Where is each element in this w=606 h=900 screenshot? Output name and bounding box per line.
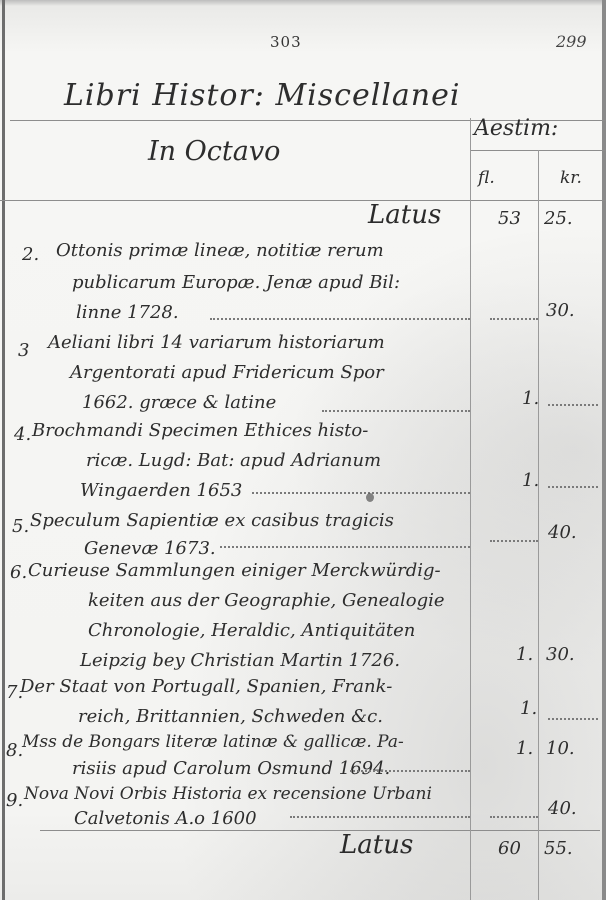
leader-dots xyxy=(210,318,470,320)
entry-line: Wingaerden 1653 xyxy=(80,480,242,501)
entry-line: Mss de Bongars literæ latinæ & gallicæ. … xyxy=(22,732,404,752)
total-rule xyxy=(40,830,600,831)
entry-kreuzer: 30. xyxy=(546,644,575,665)
entry-number: 5. xyxy=(12,516,29,537)
leader-dots xyxy=(548,486,598,488)
entry-line: Curieuse Sammlungen einiger Merckwürdig- xyxy=(28,560,441,581)
leader-dots xyxy=(220,546,470,548)
entry-kreuzer: 40. xyxy=(548,522,577,543)
entry-line: Brochmandi Specimen Ethices histo- xyxy=(32,420,368,441)
valuation-column-header: Aestim: xyxy=(474,116,558,141)
entry-florins: 1. xyxy=(516,644,533,665)
entry-line: reich, Brittannien, Schweden &c. xyxy=(78,706,383,727)
leader-dots xyxy=(490,318,538,320)
entry-kreuzer: 10. xyxy=(546,738,575,759)
entry-line: Ottonis primæ lineæ, notitiæ rerum xyxy=(56,240,384,261)
printed-folio-number: 303 xyxy=(270,33,302,51)
entry-florins: 1. xyxy=(516,738,533,759)
entry-line: Argentorati apud Fridericum Spor xyxy=(70,362,384,383)
florins-column-header: fl. xyxy=(478,168,495,188)
page-total-florins: 60 xyxy=(498,838,521,859)
amount-column-left-rule xyxy=(470,118,471,900)
leader-dots xyxy=(548,404,598,406)
leader-dots xyxy=(322,410,470,412)
entry-number: 3 xyxy=(18,340,29,361)
entry-line: ricæ. Lugd: Bat: apud Adrianum xyxy=(86,450,381,471)
entry-line: Nova Novi Orbis Historia ex recensione U… xyxy=(24,784,432,804)
entry-number: 4. xyxy=(14,424,31,445)
entry-line: Speculum Sapientiæ ex casibus tragicis xyxy=(30,510,394,531)
page-subtitle: In Octavo xyxy=(148,136,280,167)
entry-line: publicarum Europæ. Jenæ apud Bil: xyxy=(72,272,400,293)
entry-number: 6. xyxy=(10,562,27,583)
entry-line: keiten aus der Geographie, Genealogie xyxy=(88,590,445,611)
entry-kreuzer: 30. xyxy=(546,300,575,321)
entry-number: 9. xyxy=(6,790,23,811)
handwritten-folio-number: 299 xyxy=(556,32,587,51)
leader-dots xyxy=(252,492,470,494)
entry-line: Der Staat von Portugall, Spanien, Frank- xyxy=(20,676,392,697)
ink-blot xyxy=(366,493,374,502)
page-title: Libri Histor: Miscellanei xyxy=(64,78,460,113)
page-top-shadow xyxy=(0,0,606,6)
entry-line: Leipzig bey Christian Martin 1726. xyxy=(80,650,400,671)
entry-line: risiis apud Carolum Osmund 1694. xyxy=(72,758,390,779)
manuscript-page: 303 299 Libri Histor: Miscellanei In Oct… xyxy=(0,0,606,900)
leader-dots xyxy=(290,816,470,818)
leader-dots xyxy=(548,718,598,720)
kreuzer-column-header: kr. xyxy=(560,168,582,188)
entry-line: 1662. græce & latine xyxy=(82,392,276,413)
carried-forward-label: Latus xyxy=(368,200,441,230)
entry-line: Aeliani libri 14 variarum historiarum xyxy=(48,332,385,353)
leader-dots xyxy=(490,540,538,542)
entry-line: Genevæ 1673. xyxy=(84,538,216,559)
entry-florins: 1. xyxy=(522,470,539,491)
entry-line: Calvetonis A.o 1600 xyxy=(74,808,257,829)
entry-florins: 1. xyxy=(522,388,539,409)
amount-column-divider-rule xyxy=(538,150,539,900)
entry-kreuzer: 40. xyxy=(548,798,577,819)
entry-number: 8. xyxy=(6,740,23,761)
page-total-label: Latus xyxy=(340,830,413,860)
leader-dots xyxy=(350,770,470,772)
entry-line: linne 1728. xyxy=(76,302,179,323)
subheader-rule xyxy=(0,200,606,201)
carried-forward-florins: 53 xyxy=(498,208,521,229)
page-right-edge xyxy=(602,0,606,900)
entry-number: 2. xyxy=(22,244,39,265)
entry-line: Chronologie, Heraldic, Antiquitäten xyxy=(88,620,415,641)
page-left-edge xyxy=(2,0,5,900)
carried-forward-kreuzer: 25. xyxy=(544,208,573,229)
leader-dots xyxy=(490,816,538,818)
entry-florins: 1. xyxy=(520,698,537,719)
page-total-kreuzer: 55. xyxy=(544,838,573,859)
